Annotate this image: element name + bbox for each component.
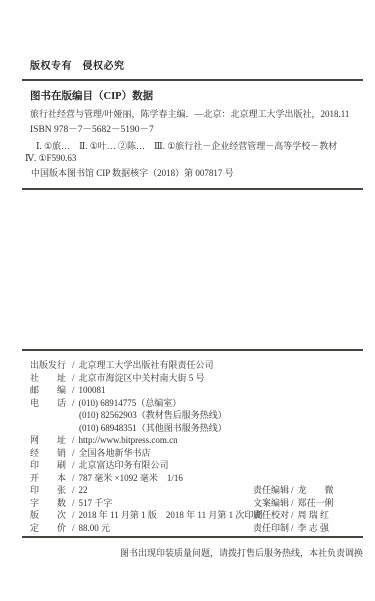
colophon-label: 社 址	[30, 372, 70, 385]
rule-colophon-top	[22, 349, 363, 351]
colophon-value: 22	[79, 485, 88, 495]
staff-value: 李 志 强	[298, 523, 330, 533]
staff-label: 责任校对	[253, 510, 289, 520]
colophon-separator: /	[70, 459, 79, 472]
staff-row-copy-editor: 文案编辑/郑茌一俐	[253, 497, 334, 510]
colophon-value: (010) 68914775（总编室）	[79, 398, 182, 408]
colophon-separator: /	[70, 497, 79, 510]
colophon-value: 100081	[79, 385, 106, 395]
colophon-value: 517 千字	[79, 498, 113, 508]
colophon-label: 版 次	[30, 509, 70, 522]
staff-label: 责任编辑	[253, 485, 289, 495]
staff-value: 龙 微	[298, 485, 334, 495]
colophon-row-distribution: 经 销/全国各地新华书店	[30, 447, 363, 460]
rule-top	[22, 79, 363, 81]
staff-value: 郑茌一俐	[298, 498, 334, 508]
copyright-notice: 版权专有 侵权必究	[30, 57, 125, 72]
copyright-page: 版权专有 侵权必究 图书在版编目（CIP）数据 旅行社经营与管理/叶娅丽，陈学春…	[0, 0, 375, 601]
colophon-separator: /	[289, 497, 298, 510]
colophon-separator: /	[289, 484, 298, 497]
colophon-value: 88.00 元	[79, 523, 111, 533]
colophon-label: 开 本	[30, 472, 70, 485]
colophon-label: 经 销	[30, 447, 70, 460]
colophon-separator: /	[70, 509, 79, 522]
colophon-row-website: 网 址/http://www.bitpress.com.cn	[30, 434, 363, 447]
cip-heading: 图书在版编目（CIP）数据	[30, 88, 153, 103]
colophon-row-phone: 电 话/(010) 68914775（总编室）	[30, 397, 363, 410]
colophon-label: 定 价	[30, 522, 70, 535]
colophon-label: 网 址	[30, 434, 70, 447]
colophon-separator: /	[70, 434, 79, 447]
colophon-separator: /	[70, 372, 79, 385]
colophon-label: 字 数	[30, 497, 70, 510]
colophon-value: 全国各地新华书店	[79, 448, 151, 458]
rule-cip-bottom	[22, 188, 363, 190]
colophon-separator: /	[70, 522, 79, 535]
staff-label: 责任印制	[253, 523, 289, 533]
colophon-row-printer: 印 刷/北京富达印务有限公司	[30, 459, 363, 472]
colophon-separator: /	[289, 522, 298, 535]
colophon-row-phone-2: (010) 82562903（教材售后服务热线）	[30, 409, 363, 422]
colophon-row-format: 开 本/787 毫米 ×1092 毫米 1/16	[30, 472, 363, 485]
cip-title-line: 旅行社经营与管理/叶娅丽，陈学春主编．—北京：北京理工大学出版社，2018.11	[30, 107, 349, 120]
colophon-value: http://www.bitpress.com.cn	[79, 435, 178, 445]
cip-isbn-line: ISBN 978－7－5682－5190－7	[30, 121, 154, 135]
colophon-value: 北京富达印务有限公司	[79, 460, 169, 470]
staff-row-editor: 责任编辑/龙 微	[253, 484, 334, 497]
colophon-block: 出版发行/北京理工大学出版社有限责任公司 社 址/北京市海淀区中关村南大街 5 …	[30, 359, 363, 534]
colophon-separator: /	[289, 509, 298, 522]
quality-exchange-note: 图书出现印装质量问题，请拨打售后服务热线，本社负责调换	[120, 546, 363, 559]
cip-registry-line: 中国版本图书馆 CIP 数据核字（2018）第 007817 号	[31, 166, 234, 179]
colophon-separator: /	[70, 359, 79, 372]
colophon-separator: /	[70, 384, 79, 397]
staff-row-print-supervisor: 责任印制/李 志 强	[253, 522, 329, 535]
staff-row-proofreader: 责任校对/周 瑞 红	[253, 509, 329, 522]
colophon-row-address: 社 址/北京市海淀区中关村南大街 5 号	[30, 372, 363, 385]
colophon-value: 北京理工大学出版社有限责任公司	[79, 360, 214, 370]
colophon-label: 出版发行	[30, 359, 70, 372]
colophon-value: 北京市海淀区中关村南大街 5 号	[79, 373, 205, 383]
cip-classification-line2: Ⅳ. ①F590.63	[25, 153, 76, 164]
colophon-separator: /	[70, 397, 79, 410]
colophon-label: 印 刷	[30, 459, 70, 472]
colophon-value: (010) 82562903（教材售后服务热线）	[79, 410, 227, 420]
colophon-value: 787 毫米 ×1092 毫米 1/16	[79, 473, 183, 483]
colophon-label: 邮 编	[30, 384, 70, 397]
staff-value: 周 瑞 红	[298, 510, 330, 520]
colophon-row-sheets: 印 张/22 责任编辑/龙 微	[30, 484, 363, 497]
colophon-row-price: 定 价/88.00 元 责任印制/李 志 强	[30, 522, 363, 535]
colophon-separator: /	[70, 472, 79, 485]
cip-classification-line: Ⅰ. ①旅… Ⅱ. ①叶… ②陈… Ⅲ. ①旅行社－企业经营管理－高等学校－教材	[36, 139, 337, 152]
colophon-separator: /	[70, 484, 79, 497]
colophon-label: 电 话	[30, 397, 70, 410]
colophon-row-wordcount: 字 数/517 千字 文案编辑/郑茌一俐	[30, 497, 363, 510]
colophon-value: 2018 年 11 月第 1 版 2018 年 11 月第 1 次印刷	[79, 510, 263, 520]
staff-label: 文案编辑	[253, 498, 289, 508]
colophon-label: 印 张	[30, 484, 70, 497]
colophon-row-postcode: 邮 编/100081	[30, 384, 363, 397]
rule-footer	[22, 536, 363, 538]
colophon-row-publisher: 出版发行/北京理工大学出版社有限责任公司	[30, 359, 363, 372]
colophon-value: (010) 68948351（其他图书服务热线）	[79, 423, 227, 433]
colophon-row-phone-3: (010) 68948351（其他图书服务热线）	[30, 422, 363, 435]
colophon-separator: /	[70, 447, 79, 460]
colophon-row-edition: 版 次/2018 年 11 月第 1 版 2018 年 11 月第 1 次印刷 …	[30, 509, 363, 522]
